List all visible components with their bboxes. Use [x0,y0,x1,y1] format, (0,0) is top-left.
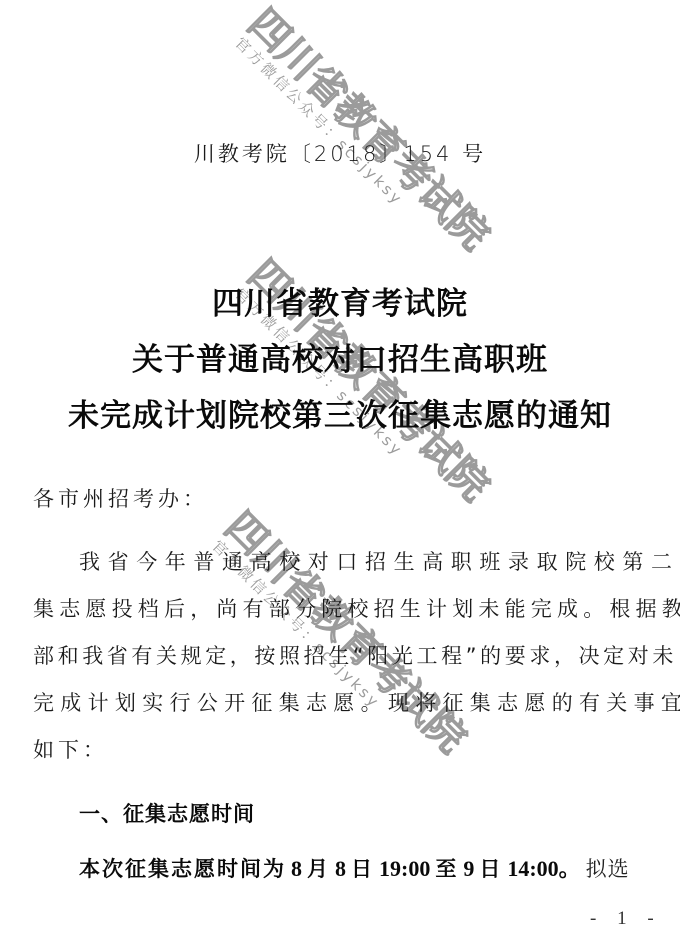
time-month-unit: 月 [307,857,330,881]
body-line-4: 完成计划实行公开征集志愿。现将征集志愿的有关事宜通知 [33,687,641,717]
body-line-2: 集志愿投档后，尚有部分院校招生计划未能完成。根据教育 [33,593,641,623]
time-start: 19:00 [379,856,430,881]
document-title-line-1: 四川省教育考试院 [0,278,680,323]
body-line-3: 部和我省有关规定，按照招生“阳光工程”的要求，决定对未 [33,640,641,670]
watermark-sub-text: 官方微信公众号：scsjyksy [231,32,409,210]
collection-time-line: 本次征集志愿时间为8月8日19:00至9日14:00。拟选 [79,852,630,883]
time-day-end: 9 [463,856,474,881]
document-number: 川教考院〔2018〕154 号 [0,138,680,168]
watermark-main-text: 四川省教育考试院 [238,0,505,261]
section-heading: 一、征集志愿时间 [79,798,255,828]
time-trailing: 拟选 [586,857,630,881]
watermark-main-text: 四川省教育考试院 [215,497,482,764]
salutation: 各市州招考办： [33,483,641,513]
body-line-5: 如下： [33,734,641,764]
document-title-line-2: 关于普通高校对口招生高职班 [0,334,680,379]
body-line-1: 我省今年普通高校对口招生高职班录取院校第二次征 [79,546,680,576]
time-to: 至 [435,857,458,881]
time-prefix: 本次征集志愿时间为 [79,857,286,881]
time-day-unit-2: 日 [479,857,502,881]
page-number: - 1 - [590,908,662,930]
document-page: 四川省教育考试院 官方微信公众号：scsjyksy 四川省教育考试院 官方微信公… [0,0,680,941]
time-day-unit-1: 日 [351,857,374,881]
time-month: 8 [291,856,302,881]
time-day-start: 8 [335,856,346,881]
document-title-line-3: 未完成计划院校第三次征集志愿的通知 [0,390,680,435]
time-end: 14:00。 [507,856,580,881]
